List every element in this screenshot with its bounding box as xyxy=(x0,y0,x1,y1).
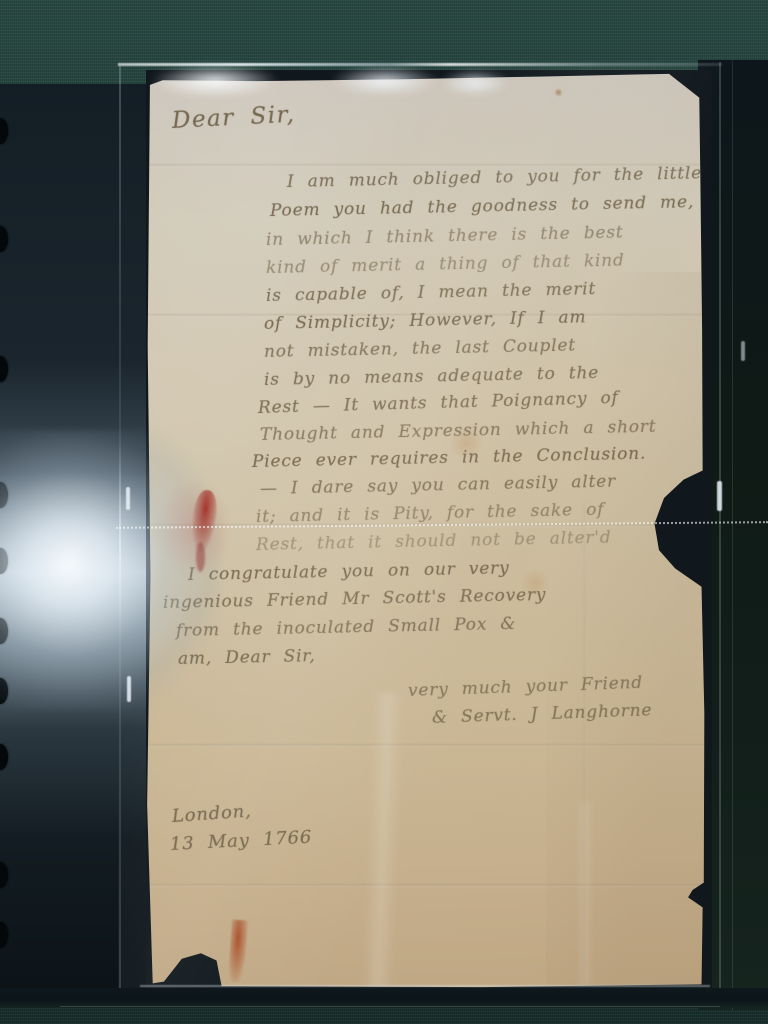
sleeve-weld-highlight xyxy=(741,341,745,361)
sleeve-glare xyxy=(330,66,440,96)
sleeve-bottom-highlight xyxy=(140,985,710,987)
photograph-of-letter: Dear Sir, I am much obliged to you for t… xyxy=(0,0,768,1024)
salutation: Dear Sir, xyxy=(171,102,296,134)
letter-line: in which I think there is the best xyxy=(266,223,624,250)
flash-glare xyxy=(0,430,220,710)
sleeve-weld-highlight xyxy=(127,676,131,702)
letter-line: from the inoculated Small Pox & xyxy=(176,614,517,641)
letter-line: Poem you had the goodness to send me, xyxy=(270,192,694,221)
rust-stain xyxy=(228,920,248,983)
light-streak xyxy=(363,692,403,989)
sleeve-weld-highlight xyxy=(126,487,130,510)
dateline-date: 13 May 1766 xyxy=(169,827,312,855)
sleeve-glare xyxy=(150,64,280,98)
letter-line: I congratulate you on our very xyxy=(188,558,510,585)
letter-line: not mistaken, the last Couplet xyxy=(264,335,576,362)
sleeve-weld-highlight xyxy=(717,481,722,511)
letter-line: I am much obliged to you for the little xyxy=(287,163,702,192)
letter-page: Dear Sir, I am much obliged to you for t… xyxy=(146,72,706,988)
dateline-place: London, xyxy=(171,800,252,827)
foxing-spot xyxy=(554,88,563,97)
sleeve-bottom-highlight xyxy=(60,1006,720,1007)
sleeve-right-edge xyxy=(719,62,721,1008)
letter-line: ingenious Friend Mr Scott's Recovery xyxy=(163,585,547,613)
sleeve-bottom-edge xyxy=(0,988,768,1008)
sleeve-glare xyxy=(440,70,510,96)
sleeve-left-edge xyxy=(119,66,121,1006)
light-streak xyxy=(576,802,594,988)
letter-line: of Simplicity; However, If I am xyxy=(264,307,587,334)
sleeve-reflection-line xyxy=(732,60,733,1010)
